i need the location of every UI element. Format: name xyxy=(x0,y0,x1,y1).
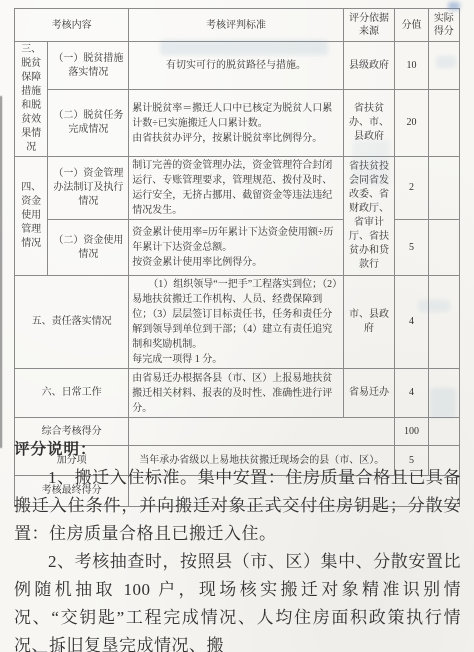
table-row: 六、日常工作 由省易迁办根据各县（市、区）上报易地扶贫搬迁相关材料、报表的及时性… xyxy=(15,369,460,418)
header-actual-score: 实际得分 xyxy=(428,9,459,42)
group-cell: 四、资金使用管理情况 xyxy=(15,157,48,276)
bleed-through-artifact xyxy=(430,388,456,418)
source-cell: 市、县政府 xyxy=(343,276,395,369)
page-number: — 8 — xyxy=(34,643,83,652)
source-cell: 省易迁办 xyxy=(343,369,395,418)
criteria-cell: 由省易迁办根据各县（市、区）上报易地扶贫搬迁相关材料、报表的及时性、准确性进行评… xyxy=(129,369,343,418)
note-item: 1、搬迁入住标准。集中安置：住房质量合格且已具备搬迁入住条件，并向搬迁对象正式交… xyxy=(14,464,461,548)
table-row: （二）脱贫任务完成情况 累计脱贫率＝搬迁人口中已核定为脱贫人口累计数÷已实施搬迁… xyxy=(15,90,460,157)
table-row: 四、资金使用管理情况 （一）资金管理办法制订及执行情况 制订完善的资金管理办法，… xyxy=(15,157,460,220)
actual-score-cell xyxy=(428,220,459,276)
actual-score-cell xyxy=(428,90,459,157)
item-cell: （一）资金管理办法制订及执行情况 xyxy=(48,157,129,220)
criteria-cell: 制订完善的资金管理办法，资金管理符合封闭运行、专账管理要求，管理规范、拨付及时、… xyxy=(129,157,343,220)
header-assessment-content: 考核内容 xyxy=(15,9,129,42)
score-cell: 20 xyxy=(395,90,428,157)
source-cell: 县级政府 xyxy=(343,42,395,90)
scoring-notes: 评分说明： 1、搬迁入住标准。集中安置：住房质量合格且已具备搬迁入住条件，并向搬… xyxy=(14,436,461,652)
bleed-through-artifact xyxy=(352,140,390,186)
header-criteria: 考核评判标准 xyxy=(129,9,343,42)
table-header-row: 考核内容 考核评判标准 评分依据来源 分值 实际得分 xyxy=(15,9,460,42)
notes-title: 评分说明： xyxy=(14,436,461,464)
header-score-value: 分值 xyxy=(395,9,428,42)
note-item: 2、考核抽查时，按照县（市、区）集中、分散安置比例随机抽取 100 户，现场核实… xyxy=(14,548,461,652)
bleed-through-artifact xyxy=(448,2,460,10)
section-label-cell: 六、日常工作 xyxy=(15,369,129,418)
group-cell: 三、脱贫保障措施和脱贫效果情况 xyxy=(15,42,48,157)
assessment-table: 考核内容 考核评判标准 评分依据来源 分值 实际得分 三、脱贫保障措施和脱贫效果… xyxy=(14,8,460,507)
item-cell: （一）脱贫措施落实情况 xyxy=(48,42,129,90)
header-score-source: 评分依据来源 xyxy=(343,9,395,42)
actual-score-cell xyxy=(428,157,459,220)
score-cell: 5 xyxy=(395,220,428,276)
criteria-cell: 资金累计使用率=历年累计下达资金使用额÷历年累计下达资金总额。 按资金累计使用率… xyxy=(129,220,343,276)
criteria-cell: （1）组织领导“一把手”工程落实到位；（2）易地扶贫搬迁工作机构、人员、经费保障… xyxy=(129,276,343,369)
item-cell: （二）脱贫任务完成情况 xyxy=(48,90,129,157)
scanned-page: 考核内容 考核评判标准 评分依据来源 分值 实际得分 三、脱贫保障措施和脱贫效果… xyxy=(0,0,474,652)
score-cell: 10 xyxy=(395,42,428,90)
item-cell: （二）资金使用情况 xyxy=(48,220,129,276)
bleed-through-artifact xyxy=(436,56,456,68)
score-cell: 4 xyxy=(395,276,428,369)
score-cell: 2 xyxy=(395,157,428,220)
bleed-through-artifact xyxy=(418,300,450,312)
score-cell: 4 xyxy=(395,369,428,418)
bleed-through-artifact xyxy=(160,40,328,55)
criteria-cell: 累计脱贫率＝搬迁人口中已核定为脱贫人口累计数÷已实施搬迁人口累计数。 由省扶贫办… xyxy=(129,90,343,157)
scan-edge-artifact xyxy=(0,96,2,448)
actual-score-cell xyxy=(428,276,459,369)
section-label-cell: 五、责任落实情况 xyxy=(15,276,129,369)
table-row: 五、责任落实情况 （1）组织领导“一把手”工程落实到位；（2）易地扶贫搬迁工作机… xyxy=(15,276,460,369)
